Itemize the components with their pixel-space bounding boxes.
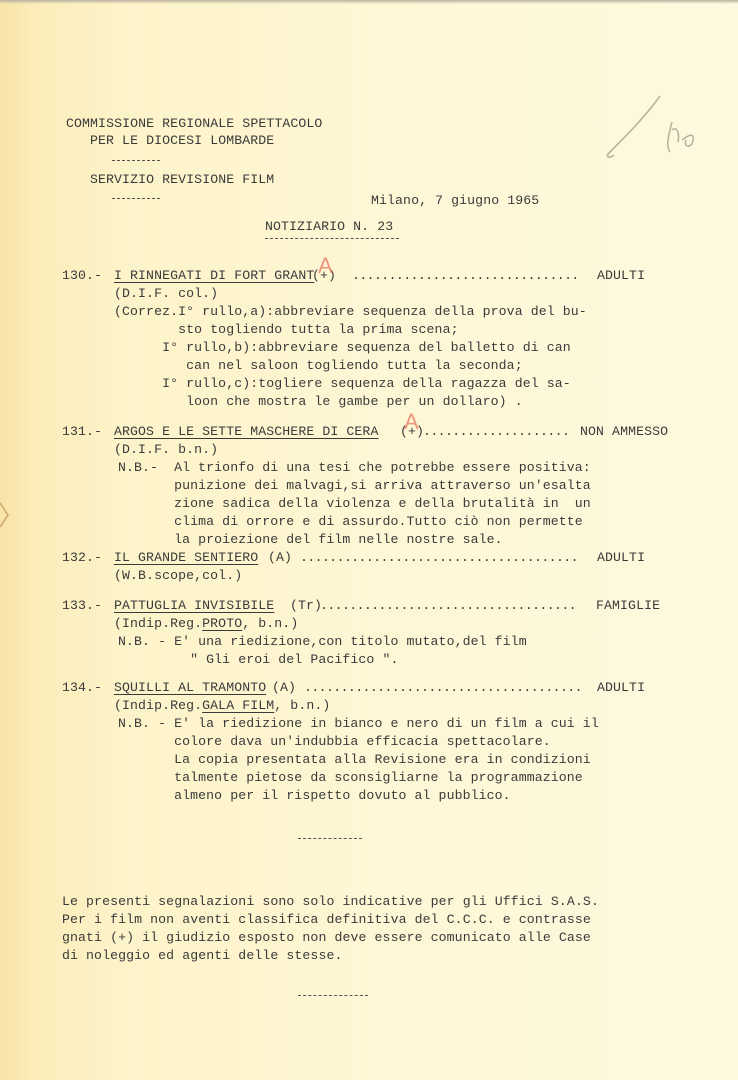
leader-dots: ...................................: [320, 598, 576, 614]
film-title: SQUILLI AL TRAMONTO: [114, 680, 266, 696]
bulletin-title: NOTIZIARIO N. 23: [265, 219, 393, 235]
note-line: talmente pietose da sconsigliarne la pro…: [118, 770, 583, 786]
entry-number: 132.-: [62, 550, 102, 566]
distributor-suffix: , b.n.): [242, 616, 298, 631]
service-name: SERVIZIO REVISIONE FILM: [90, 172, 274, 188]
film-title: PATTUGLIA INVISIBILE: [114, 598, 274, 614]
leader-dots: ......................................: [300, 550, 578, 566]
entry-number: 133.-: [62, 598, 102, 614]
note-line: La copia presentata alla Revisione era i…: [118, 752, 591, 768]
note-line: colore dava un'indubbia efficacia spetta…: [118, 734, 551, 750]
bulletin-title-underline: [265, 238, 399, 239]
note-line: I° rullo,c):togliere sequenza della raga…: [114, 376, 571, 392]
entry-number: 134.-: [62, 680, 102, 696]
note-line: can nel saloon togliendo tutta la second…: [114, 358, 523, 374]
film-title: ARGOS E LE SETTE MASCHERE DI CERA: [114, 424, 378, 440]
distributor-suffix: , b.n.): [274, 698, 330, 713]
rating: FAMIGLIE: [596, 598, 660, 614]
distributor-prefix: (Indip.Reg.: [114, 616, 202, 631]
leader-dots: ....................: [423, 424, 569, 440]
distributor: (W.B.scope,col.): [114, 568, 242, 584]
footer-line: di noleggio ed agenti delle stesse.: [62, 948, 342, 964]
classification-mark: (Tr): [290, 598, 322, 614]
page-edge-shadow: [0, 0, 738, 4]
film-title: I RINNEGATI DI FORT GRANT: [114, 268, 314, 284]
closing-divider: [298, 995, 368, 996]
handwritten-a-mark: A: [318, 253, 333, 279]
note-line: loon che mostra le gambe per un dollaro)…: [114, 394, 523, 410]
entry-number: 130.-: [62, 268, 102, 284]
distributor-name: PROTO: [202, 616, 242, 631]
note-line: N.B. - E' la riedizione in bianco e nero…: [118, 716, 599, 732]
note-line: punizione dei malvagi,si arriva attraver…: [118, 478, 591, 494]
distributor-name: GALA FILM: [202, 698, 274, 713]
leader-dots: ...............................: [352, 268, 579, 284]
service-divider: [112, 198, 160, 199]
note-line: zione sadica della violenza e della brut…: [118, 496, 591, 512]
place-date: Milano, 7 giugno 1965: [371, 193, 539, 209]
distributor-prefix: (Indip.Reg.: [114, 698, 202, 713]
classification-mark: (A): [268, 550, 292, 566]
section-divider: [298, 838, 362, 839]
footer-line: gnati (+) il giudizio esposto non deve e…: [62, 930, 591, 946]
rating: ADULTI: [597, 550, 645, 566]
distributor: (D.I.F. b.n.): [114, 442, 218, 458]
note-line: " Gli eroi del Pacifico ".: [118, 652, 398, 668]
note-line: (Correz.I° rullo,a):abbreviare sequenza …: [114, 304, 587, 320]
note-line: I° rullo,b):abbreviare sequenza del ball…: [114, 340, 571, 356]
note-line: la proiezione del film nelle nostre sale…: [118, 532, 503, 548]
note-line: sto togliendo tutta la prima scena;: [114, 322, 459, 338]
entry-number: 131.-: [62, 424, 102, 440]
distributor: (D.I.F. col.): [114, 286, 218, 302]
distributor: (Indip.Reg.GALA FILM, b.n.): [114, 698, 330, 714]
note-line: almeno per il rispetto dovuto al pubblic…: [118, 788, 511, 804]
rating: ADULTI: [597, 268, 645, 284]
film-title: IL GRANDE SENTIERO: [114, 550, 258, 566]
rating: ADULTI: [597, 680, 645, 696]
classification-mark: (A): [272, 680, 296, 696]
footer-line: Per i film non aventi classifica definit…: [62, 912, 591, 928]
note-line: clima di orrore e di assurdo.Tutto ciò n…: [118, 514, 583, 530]
org-name-line2: PER LE DIOCESI LOMBARDE: [90, 133, 274, 149]
footer-line: Le presenti segnalazioni sono solo indic…: [62, 894, 599, 910]
margin-pencil-mark: [0, 495, 14, 535]
distributor: (Indip.Reg.PROTO, b.n.): [114, 616, 298, 632]
rating: NON AMMESSO: [580, 424, 668, 440]
handwritten-a-mark: A: [404, 409, 419, 435]
leader-dots: ......................................: [304, 680, 582, 696]
note-line: N.B. - E' una riedizione,con titolo muta…: [118, 634, 527, 650]
handwritten-signature: [600, 92, 730, 172]
org-name-line1: COMMISSIONE REGIONALE SPETTACOLO: [66, 116, 322, 132]
note-line: N.B.- Al trionfo di una tesi che potrebb…: [118, 460, 591, 476]
header-divider: [112, 160, 160, 161]
